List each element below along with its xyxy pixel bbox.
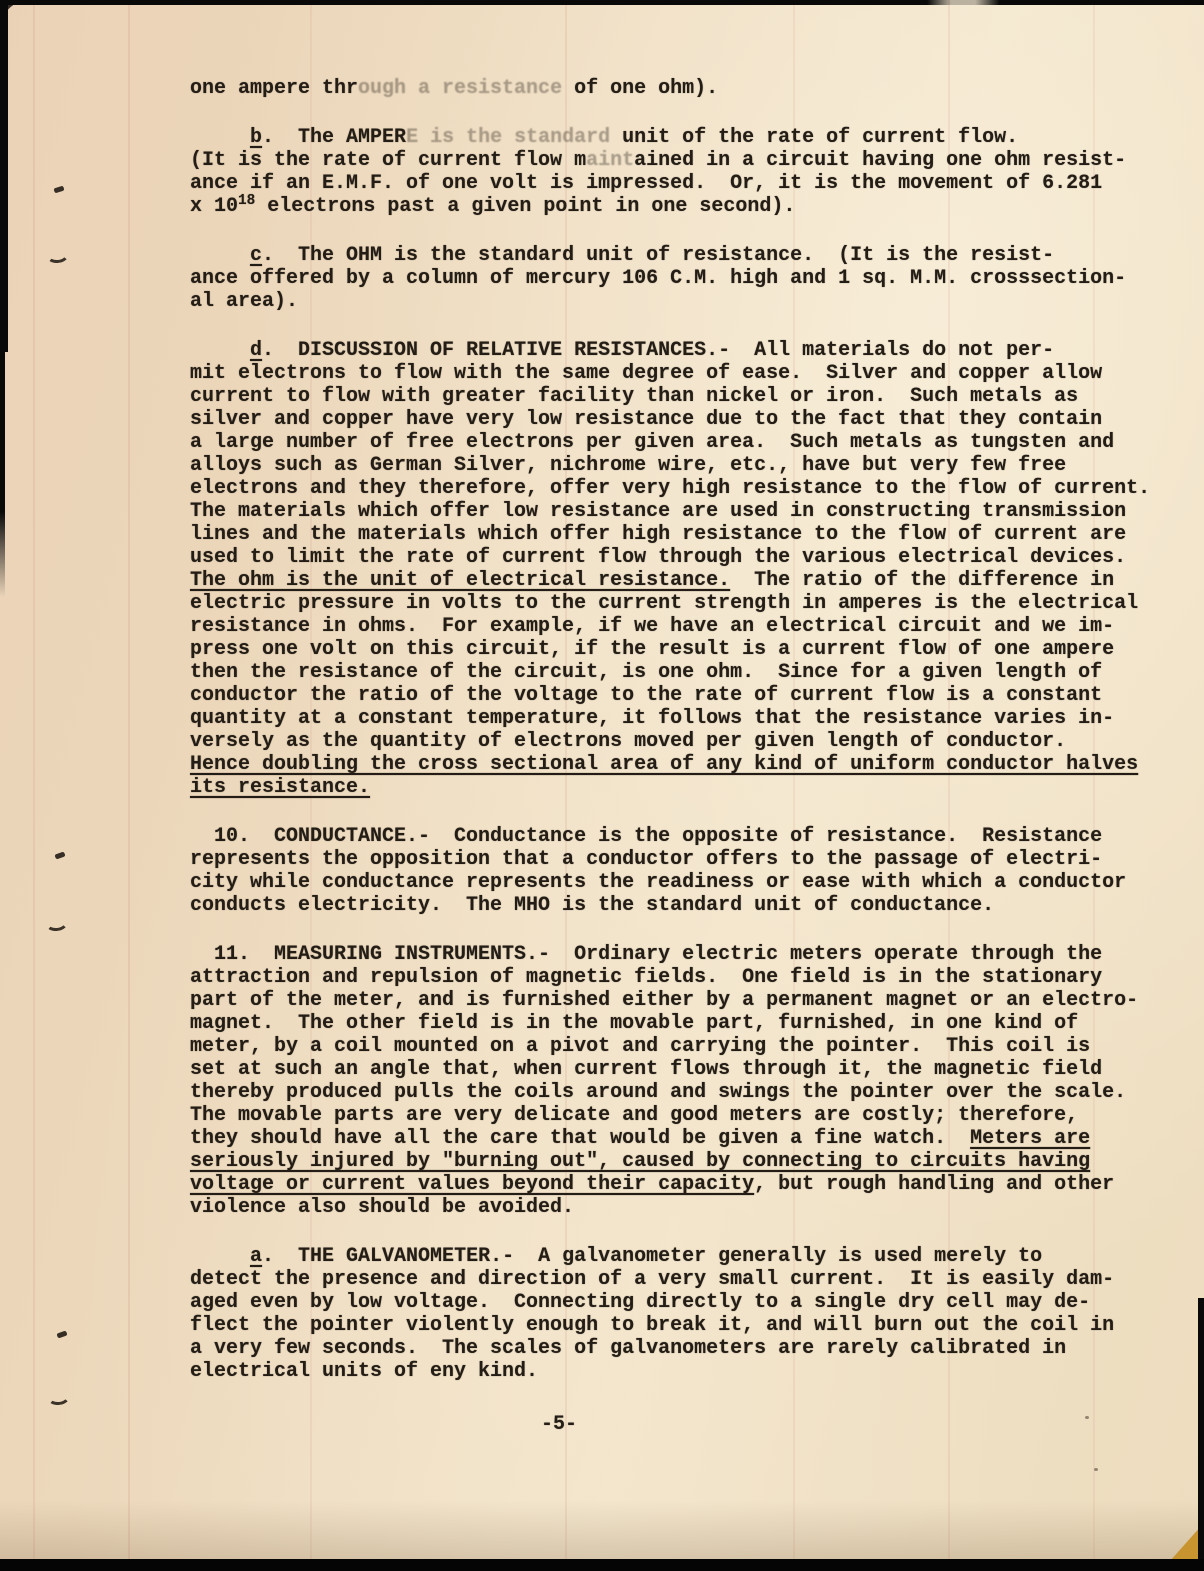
- text-segment: The ohm is the unit of electrical resist…: [190, 569, 730, 592]
- text-line: one ampere through a resistance of one o…: [190, 77, 1150, 100]
- text-segment: Hence doubling the cross sectional area …: [190, 753, 1138, 776]
- text-line: Hence doubling the cross sectional area …: [190, 753, 1150, 776]
- text-line: voltage or current values beyond their c…: [190, 1173, 1150, 1196]
- text-segment: x 10: [190, 195, 238, 218]
- document-body: one ampere through a resistance of one o…: [190, 77, 1150, 1383]
- text-segment: The ratio of the difference in: [730, 569, 1114, 592]
- text-segment: violence also should be avoided.: [190, 1196, 574, 1219]
- text-line: silver and copper have very low resistan…: [190, 408, 1150, 431]
- text-line: resistance in ohms. For example, if we h…: [190, 615, 1150, 638]
- text-line: alloys such as German Silver, nichrome w…: [190, 454, 1150, 477]
- text-line: press one volt on this circuit, if the r…: [190, 638, 1150, 661]
- scan-streak: [128, 0, 130, 1571]
- text-line: electric pressure in volts to the curren…: [190, 592, 1150, 615]
- text-segment: resistance in ohms. For example, if we h…: [190, 615, 1114, 638]
- text-line: ance if an E.M.F. of one volt is impress…: [190, 172, 1150, 195]
- text-segment: d: [250, 339, 262, 362]
- text-segment: a large number of free electrons per giv…: [190, 431, 1114, 454]
- text-line: versely as the quantity of electrons mov…: [190, 730, 1150, 753]
- scan-streak: [33, 0, 35, 1571]
- text-line: 10. CONDUCTANCE.- Conductance is the opp…: [190, 825, 1150, 848]
- text-segment: 10. CONDUCTANCE.- Conductance is the opp…: [190, 825, 1102, 848]
- text-line: meter, by a coil mounted on a pivot and …: [190, 1035, 1150, 1058]
- text-segment: . THE GALVANOMETER.- A galvanometer gene…: [262, 1245, 1042, 1268]
- text-segment: ance if an E.M.F. of one volt is impress…: [190, 172, 1102, 195]
- text-line: a large number of free electrons per giv…: [190, 431, 1150, 454]
- text-segment: flect the pointer violently enough to br…: [190, 1314, 1114, 1337]
- paragraph-item-b: b. The AMPERE is the standard unit of th…: [190, 126, 1150, 218]
- text-segment: they should have all the care that would…: [190, 1127, 970, 1150]
- text-segment: unit of the rate of current flow.: [610, 126, 1018, 149]
- text-line: conductor the ratio of the voltage to th…: [190, 684, 1150, 707]
- text-segment: magnet. The other field is in the movabl…: [190, 1012, 1078, 1035]
- text-segment: one ampere thr: [190, 77, 358, 100]
- text-segment: thereby produced pulls the coils around …: [190, 1081, 1126, 1104]
- paragraph-section-11: 11. MEASURING INSTRUMENTS.- Ordinary ele…: [190, 943, 1150, 1219]
- text-segment: b: [250, 126, 262, 149]
- text-segment: (It is the rate of current flow m: [190, 149, 586, 172]
- text-line: violence also should be avoided.: [190, 1196, 1150, 1219]
- text-segment: . The AMPER: [262, 126, 406, 149]
- text-segment: used to limit the rate of current flow t…: [190, 546, 1126, 569]
- paragraph-item-a: a. THE GALVANOMETER.- A galvanometer gen…: [190, 1245, 1150, 1383]
- text-line: electrical units of eny kind.: [190, 1360, 1150, 1383]
- text-line: magnet. The other field is in the movabl…: [190, 1012, 1150, 1035]
- text-segment: [190, 339, 250, 362]
- text-line: set at such an angle that, when current …: [190, 1058, 1150, 1081]
- text-line: city while conductance represents the re…: [190, 871, 1150, 894]
- text-segment: , but rough handling and other: [754, 1173, 1114, 1196]
- paragraph-continuation: one ampere through a resistance of one o…: [190, 77, 1150, 100]
- text-segment: meter, by a coil mounted on a pivot and …: [190, 1035, 1090, 1058]
- text-segment: electric pressure in volts to the curren…: [190, 592, 1138, 615]
- text-segment: c: [250, 244, 262, 267]
- text-line: b. The AMPERE is the standard unit of th…: [190, 126, 1150, 149]
- text-line: aged even by low voltage. Connecting dir…: [190, 1291, 1150, 1314]
- ink-speck: [1085, 1416, 1089, 1419]
- page-number: -5-: [541, 1413, 577, 1436]
- text-segment: conducts electricity. The MHO is the sta…: [190, 894, 994, 917]
- ink-speck: [1094, 1468, 1098, 1471]
- text-line: part of the meter, and is furnished eith…: [190, 989, 1150, 1012]
- scan-border-left-taper: [0, 352, 5, 597]
- text-line: The movable parts are very delicate and …: [190, 1104, 1150, 1127]
- text-segment: Meters are: [970, 1127, 1090, 1150]
- scan-border-right: [1198, 1298, 1204, 1571]
- text-line: seriously injured by "burning out", caus…: [190, 1150, 1150, 1173]
- text-segment: of one ohm).: [562, 77, 718, 100]
- paragraph-item-d: d. DISCUSSION OF RELATIVE RESISTANCES.- …: [190, 339, 1150, 799]
- text-line: al area).: [190, 290, 1150, 313]
- text-line: The materials which offer low resistance…: [190, 500, 1150, 523]
- text-segment: versely as the quantity of electrons mov…: [190, 730, 1066, 753]
- text-segment: ance offered by a column of mercury 106 …: [190, 267, 1126, 290]
- text-segment: a: [250, 1245, 262, 1268]
- text-segment: The materials which offer low resistance…: [190, 500, 1126, 523]
- text-line: current to flow with greater facility th…: [190, 385, 1150, 408]
- text-line: quantity at a constant temperature, it f…: [190, 707, 1150, 730]
- text-line: they should have all the care that would…: [190, 1127, 1150, 1150]
- text-line: The ohm is the unit of electrical resist…: [190, 569, 1150, 592]
- scan-border-bottom: [0, 1559, 1204, 1571]
- text-line: 11. MEASURING INSTRUMENTS.- Ordinary ele…: [190, 943, 1150, 966]
- text-segment: [190, 1245, 250, 1268]
- text-segment: represents the opposition that a conduct…: [190, 848, 1102, 871]
- text-line: d. DISCUSSION OF RELATIVE RESISTANCES.- …: [190, 339, 1150, 362]
- text-line: lines and the materials which offer high…: [190, 523, 1150, 546]
- text-line: represents the opposition that a conduct…: [190, 848, 1150, 871]
- text-segment: al area).: [190, 290, 298, 313]
- scan-border-top: [0, 0, 1204, 5]
- text-segment: E is the standard: [406, 126, 610, 149]
- text-line: used to limit the rate of current flow t…: [190, 546, 1150, 569]
- text-line: detect the presence and direction of a v…: [190, 1268, 1150, 1291]
- text-segment: The movable parts are very delicate and …: [190, 1104, 1078, 1127]
- scan-border-left: [0, 0, 8, 352]
- text-segment: attraction and repulsion of magnetic fie…: [190, 966, 1102, 989]
- text-segment: lines and the materials which offer high…: [190, 523, 1126, 546]
- text-segment: . DISCUSSION OF RELATIVE RESISTANCES.- A…: [262, 339, 1054, 362]
- text-line: thereby produced pulls the coils around …: [190, 1081, 1150, 1104]
- text-segment: then the resistance of the circuit, is o…: [190, 661, 1102, 684]
- text-segment: quantity at a constant temperature, it f…: [190, 707, 1114, 730]
- text-line: attraction and repulsion of magnetic fie…: [190, 966, 1150, 989]
- text-segment: voltage or current values beyond their c…: [190, 1173, 754, 1196]
- text-segment: 11. MEASURING INSTRUMENTS.- Ordinary ele…: [190, 943, 1102, 966]
- text-line: conducts electricity. The MHO is the sta…: [190, 894, 1150, 917]
- text-segment: its resistance.: [190, 776, 370, 799]
- text-segment: ough a resistance: [358, 77, 562, 100]
- text-line: flect the pointer violently enough to br…: [190, 1314, 1150, 1337]
- text-segment: silver and copper have very low resistan…: [190, 408, 1102, 431]
- text-segment: seriously injured by "burning out", caus…: [190, 1150, 1090, 1173]
- text-segment: ained in a circuit having one ohm resist…: [634, 149, 1126, 172]
- text-segment: electrons and they therefore, offer very…: [190, 477, 1150, 500]
- text-segment: electrons past a given point in one seco…: [255, 195, 795, 218]
- text-segment: set at such an angle that, when current …: [190, 1058, 1102, 1081]
- text-segment: city while conductance represents the re…: [190, 871, 1126, 894]
- text-segment: [190, 126, 250, 149]
- paragraph-item-c: c. The OHM is the standard unit of resis…: [190, 244, 1150, 313]
- text-segment: [190, 244, 250, 267]
- text-segment: press one volt on this circuit, if the r…: [190, 638, 1114, 661]
- text-line: a very few seconds. The scales of galvan…: [190, 1337, 1150, 1360]
- text-segment: 18: [238, 193, 255, 209]
- text-line: ance offered by a column of mercury 106 …: [190, 267, 1150, 290]
- text-line: x 1018 electrons past a given point in o…: [190, 195, 1150, 218]
- text-line: (It is the rate of current flow maintain…: [190, 149, 1150, 172]
- paragraph-section-10: 10. CONDUCTANCE.- Conductance is the opp…: [190, 825, 1150, 917]
- text-segment: part of the meter, and is furnished eith…: [190, 989, 1138, 1012]
- text-segment: detect the presence and direction of a v…: [190, 1268, 1114, 1291]
- text-line: a. THE GALVANOMETER.- A galvanometer gen…: [190, 1245, 1150, 1268]
- text-line: c. The OHM is the standard unit of resis…: [190, 244, 1150, 267]
- text-line: then the resistance of the circuit, is o…: [190, 661, 1150, 684]
- text-segment: electrical units of eny kind.: [190, 1360, 538, 1383]
- text-segment: conductor the ratio of the voltage to th…: [190, 684, 1102, 707]
- text-line: electrons and they therefore, offer very…: [190, 477, 1150, 500]
- text-segment: aged even by low voltage. Connecting dir…: [190, 1291, 1090, 1314]
- text-segment: mit electrons to flow with the same degr…: [190, 362, 1102, 385]
- text-segment: a very few seconds. The scales of galvan…: [190, 1337, 1066, 1360]
- text-line: mit electrons to flow with the same degr…: [190, 362, 1150, 385]
- text-segment: current to flow with greater facility th…: [190, 385, 1078, 408]
- text-segment: alloys such as German Silver, nichrome w…: [190, 454, 1066, 477]
- text-segment: . The OHM is the standard unit of resist…: [262, 244, 1054, 267]
- text-segment: aint: [586, 149, 634, 172]
- text-line: its resistance.: [190, 776, 1150, 799]
